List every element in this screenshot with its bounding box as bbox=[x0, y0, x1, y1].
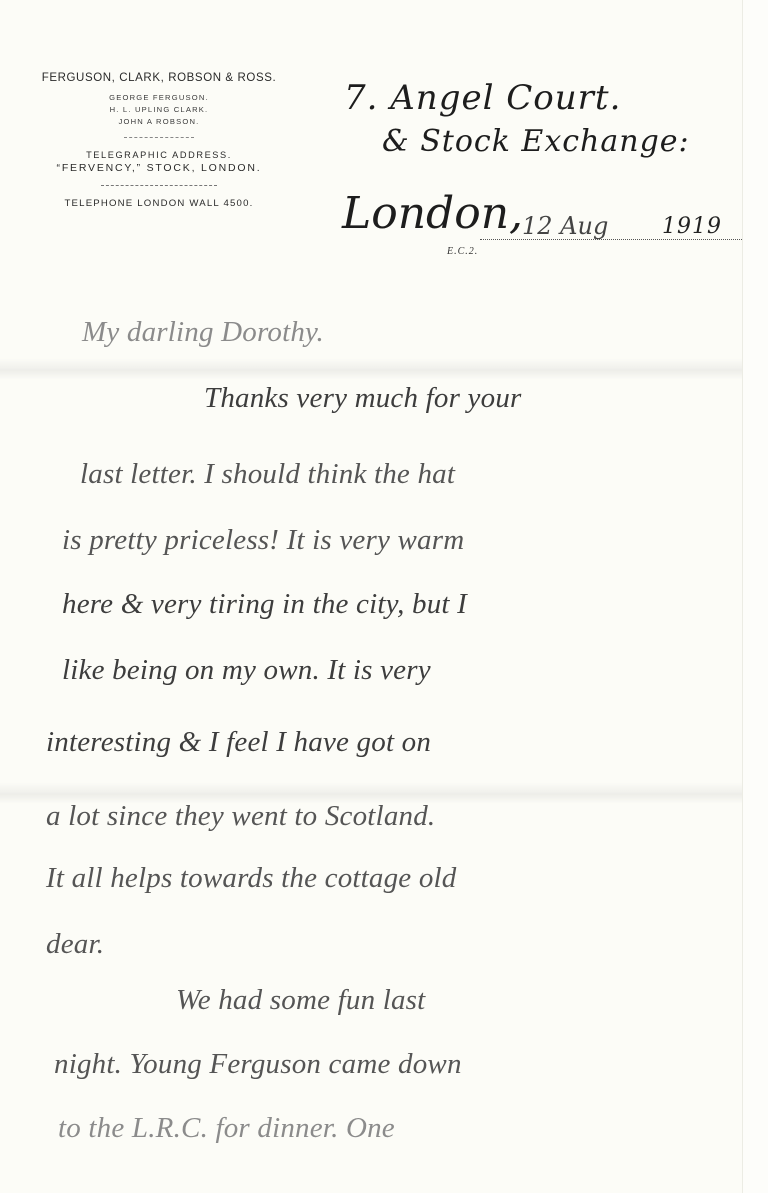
date-day-month: 12 Aug bbox=[522, 212, 608, 240]
partners-list: GEORGE FERGUSON. H. L. UPLING CLARK. JOH… bbox=[24, 92, 294, 128]
telegraphic-address: “FERVENCY,” STOCK, LONDON. bbox=[24, 162, 294, 174]
letter-line: like being on my own. It is very bbox=[62, 654, 431, 687]
letter-line: We had some fun last bbox=[176, 984, 425, 1017]
date-year: 1919 bbox=[662, 214, 722, 239]
letter-line: Thanks very much for your bbox=[204, 382, 522, 415]
letter-line: to the L.R.C. for dinner. One bbox=[58, 1112, 395, 1145]
partner-name: JOHN A ROBSON. bbox=[24, 116, 294, 128]
letterhead-firm-block: FERGUSON, CLARK, ROBSON & ROSS. GEORGE F… bbox=[24, 72, 294, 209]
fold-crease bbox=[0, 358, 742, 380]
letter-line: is pretty priceless! It is very warm bbox=[62, 524, 464, 557]
page-edge bbox=[742, 0, 768, 1193]
partner-name: GEORGE FERGUSON. bbox=[24, 92, 294, 104]
letter-line: interesting & I feel I have got on bbox=[46, 726, 431, 759]
letter-line: night. Young Ferguson came down bbox=[54, 1048, 462, 1081]
telephone-number: TELEPHONE LONDON WALL 4500. bbox=[24, 198, 294, 209]
firm-name: FERGUSON, CLARK, ROBSON & ROSS. bbox=[24, 72, 294, 84]
letter-line: It all helps towards the cottage old bbox=[46, 862, 456, 895]
divider bbox=[101, 185, 217, 186]
letter-line: here & very tiring in the city, but I bbox=[62, 588, 467, 621]
telegraphic-address-label: TELEGRAPHIC ADDRESS. bbox=[24, 150, 294, 160]
postal-district: E.C.2. bbox=[447, 246, 478, 257]
letter-line: a lot since they went to Scotland. bbox=[46, 800, 435, 833]
address-line-1: 7. Angel Court. bbox=[344, 78, 621, 118]
letter-line: dear. bbox=[46, 928, 104, 961]
address-line-2: & Stock Exchange: bbox=[382, 124, 690, 159]
divider bbox=[124, 137, 194, 139]
date-dotted-rule bbox=[480, 239, 742, 240]
letter-line: last letter. I should think the hat bbox=[80, 458, 455, 491]
salutation: My darling Dorothy. bbox=[82, 316, 324, 349]
address-city: London, bbox=[342, 188, 523, 239]
partner-name: H. L. UPLING CLARK. bbox=[24, 104, 294, 116]
